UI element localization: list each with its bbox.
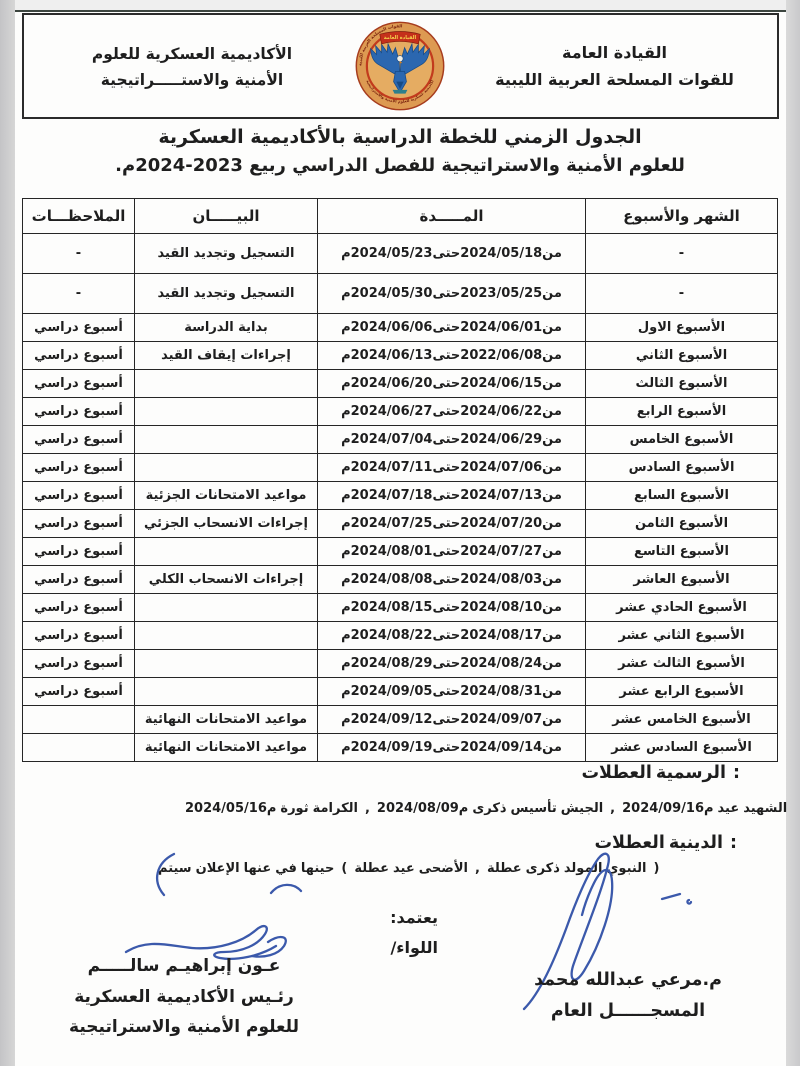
cell-note: أسبوع دراسي xyxy=(23,370,135,398)
text-token: , xyxy=(475,861,480,876)
cell-note: أسبوع دراسي xyxy=(23,426,135,454)
cell-note: أسبوع دراسي xyxy=(23,398,135,426)
cell-week: الأسبوع الثامن xyxy=(586,510,778,538)
schedule-row: الأسبوع الثالث عشرمن2024/08/24حتى2024/08… xyxy=(23,650,778,678)
cell-note: أسبوع دراسي xyxy=(23,538,135,566)
registrar-name: م.مرعي عبدالله محمد xyxy=(528,965,728,996)
cell-week: الأسبوع الثاني عشر xyxy=(586,622,778,650)
cell-note xyxy=(23,706,135,734)
letterhead-left-block: الأكاديمية العسكرية للعلوم الأمنية والاس… xyxy=(58,41,326,94)
schedule-row: الأسبوع الثاني عشرمن2024/08/17حتى2024/08… xyxy=(23,622,778,650)
cell-duration: من2024/09/14حتى2024/09/19م xyxy=(318,734,586,762)
schedule-table: الشهر والأسبوع المـــــدة البيـــــان ال… xyxy=(22,198,778,762)
cell-week: الأسبوع الاول xyxy=(586,314,778,342)
schedule-row: الأسبوع الرابعمن2024/06/22حتى2024/06/27م… xyxy=(23,398,778,426)
schedule-table-body: -من2024/05/18حتى2024/05/23مالتسجيل وتجدي… xyxy=(23,234,778,762)
letterhead-right-line2: للقوات المسلحة العربية الليبية xyxy=(482,66,747,93)
cell-statement: مواعيد الامتحانات النهائية xyxy=(135,734,318,762)
cell-statement: مواعيد الامتحانات النهائية xyxy=(135,706,318,734)
approval-rank: اللواء/ xyxy=(348,933,438,963)
cell-week: الأسبوع الحادي عشر xyxy=(586,594,778,622)
cell-week: - xyxy=(586,274,778,314)
cell-duration: من2024/09/07حتى2024/09/12م xyxy=(318,706,586,734)
text-token: الرسمية xyxy=(656,763,726,783)
text-token: الجيش xyxy=(561,801,603,816)
col-header-statement: البيـــــان xyxy=(135,199,318,234)
approval-word: يعتمد: xyxy=(348,903,438,933)
cell-week: الأسبوع الخامس عشر xyxy=(586,706,778,734)
text-token: 2024/08/09م xyxy=(377,801,468,816)
cell-statement xyxy=(135,650,318,678)
text-token: ذكرى xyxy=(472,801,506,816)
cell-note: أسبوع دراسي xyxy=(23,678,135,706)
official-holidays-heading: العطلاتالرسمية: xyxy=(579,763,745,783)
cell-duration: من2024/07/27حتى2024/08/01م xyxy=(318,538,586,566)
cell-statement: إجراءات إيقاف القيد xyxy=(135,342,318,370)
letterhead-right-line1: القيادة العامة xyxy=(482,39,747,66)
document-page: القيادة العامة للقوات المسلحة العربية ال… xyxy=(0,0,800,1066)
text-token: : xyxy=(733,763,740,783)
letterhead-left-line1: الأكاديمية العسكرية للعلوم xyxy=(58,41,326,67)
cell-week: الأسبوع الخامس xyxy=(586,426,778,454)
text-token: عنها xyxy=(244,861,272,876)
cell-duration: من2023/05/25حتى2024/05/30م xyxy=(318,274,586,314)
text-token: الإعلان xyxy=(196,861,240,876)
cell-note: أسبوع دراسي xyxy=(23,650,135,678)
text-token: عطلة xyxy=(354,861,389,876)
text-token: ( xyxy=(341,861,347,876)
cell-statement xyxy=(135,370,318,398)
text-token: 2024/09/16م xyxy=(622,801,713,816)
schedule-row: الأسبوع الخامس عشرمن2024/09/07حتى2024/09… xyxy=(23,706,778,734)
title-line2: للعلوم الأمنية والاستراتيجية للفصل الدرا… xyxy=(0,152,800,179)
cell-duration: من2024/08/24حتى2024/08/29م xyxy=(318,650,586,678)
text-token: في xyxy=(275,861,297,876)
cell-duration: من2024/06/29حتى2024/07/04م xyxy=(318,426,586,454)
cell-note: أسبوع دراسي xyxy=(23,454,135,482)
cell-statement xyxy=(135,398,318,426)
col-header-note: الملاحظـــات xyxy=(23,199,135,234)
cell-duration: من2022/06/08حتى2024/06/13م xyxy=(318,342,586,370)
cell-note: أسبوع دراسي xyxy=(23,594,135,622)
emblem-banner-text: القيادة العامة xyxy=(384,35,417,41)
cell-week: الأسبوع الرابع xyxy=(586,398,778,426)
photo-top-margin xyxy=(0,0,800,10)
page-top-edge-line xyxy=(0,10,800,12)
cell-week: الأسبوع السابع xyxy=(586,482,778,510)
document-title: الجدول الزمني للخطة الدراسية بالأكاديمية… xyxy=(0,123,800,179)
approval-block: يعتمد: اللواء/ xyxy=(348,903,438,964)
ink-stroke-fragment xyxy=(268,878,304,898)
cell-statement: مواعيد الامتحانات الجزئية xyxy=(135,482,318,510)
schedule-row: الأسبوع الاولمن2024/06/01حتى2024/06/06مب… xyxy=(23,314,778,342)
text-token: , xyxy=(610,801,615,816)
cell-week: الأسبوع الثالث عشر xyxy=(586,650,778,678)
col-header-duration: المـــــدة xyxy=(318,199,586,234)
cell-week: الأسبوع العاشر xyxy=(586,566,778,594)
cell-statement xyxy=(135,678,318,706)
schedule-row: الأسبوع العاشرمن2024/08/03حتى2024/08/08م… xyxy=(23,566,778,594)
schedule-row: الأسبوع الثامنمن2024/07/20حتى2024/07/25م… xyxy=(23,510,778,538)
president-name: عـون إبراهيـم سالـــــم xyxy=(50,951,318,982)
schedule-row: الأسبوع الخامسمن2024/06/29حتى2024/07/04م… xyxy=(23,426,778,454)
president-title-line1: رئـيس الأكاديمية العسكرية xyxy=(50,982,318,1013)
letterhead-left-line2: الأمنية والاستـــــراتيجية xyxy=(58,67,326,93)
schedule-row: الأسبوع السابعمن2024/07/13حتى2024/07/18م… xyxy=(23,482,778,510)
letterhead-right-block: القيادة العامة للقوات المسلحة العربية ال… xyxy=(482,39,747,93)
armed-forces-emblem-icon: القوات المسلحة العربية الليبية أكاديمية … xyxy=(354,19,446,113)
cell-duration: من2024/06/01حتى2024/06/06م xyxy=(318,314,586,342)
cell-statement: إجراءات الانسحاب الجزئي xyxy=(135,510,318,538)
registrar-title: المسجــــــل العام xyxy=(528,996,728,1027)
cell-duration: من2024/06/15حتى2024/06/20م xyxy=(318,370,586,398)
cell-statement: التسجيل وتجديد القيد xyxy=(135,234,318,274)
cell-duration: من2024/08/10حتى2024/08/15م xyxy=(318,594,586,622)
cell-statement xyxy=(135,538,318,566)
cell-week: الأسبوع السادس xyxy=(586,454,778,482)
text-token: , xyxy=(365,801,370,816)
schedule-row: الأسبوع الحادي عشرمن2024/08/10حتى2024/08… xyxy=(23,594,778,622)
schedule-row: -من2023/05/25حتى2024/05/30مالتسجيل وتجدي… xyxy=(23,274,778,314)
cell-week: الأسبوع الرابع عشر xyxy=(586,678,778,706)
schedule-row: الأسبوع الرابع عشرمن2024/08/31حتى2024/09… xyxy=(23,678,778,706)
text-token: : xyxy=(730,833,737,853)
cell-note: - xyxy=(23,274,135,314)
cell-week: - xyxy=(586,234,778,274)
text-token: عيد xyxy=(718,801,740,816)
cell-statement xyxy=(135,454,318,482)
text-token: حينها xyxy=(301,861,334,876)
registrar-block: م.مرعي عبدالله محمد المسجــــــل العام xyxy=(528,965,728,1026)
text-token: الكرامة xyxy=(313,801,358,816)
schedule-row: الأسبوع الثانيمن2022/06/08حتى2024/06/13م… xyxy=(23,342,778,370)
cell-duration: من2024/08/31حتى2024/09/05م xyxy=(318,678,586,706)
cell-duration: من2024/08/03حتى2024/08/08م xyxy=(318,566,586,594)
text-token: تأسيس xyxy=(511,801,557,816)
text-token: الأضحى xyxy=(419,861,468,876)
text-token: 2024/05/16م xyxy=(185,801,276,816)
cell-duration: من2024/07/06حتى2024/07/11م xyxy=(318,454,586,482)
cell-statement xyxy=(135,594,318,622)
cell-note: أسبوع دراسي xyxy=(23,314,135,342)
cell-week: الأسبوع الثاني xyxy=(586,342,778,370)
schedule-row: الأسبوع السادس عشرمن2024/09/14حتى2024/09… xyxy=(23,734,778,762)
title-line1: الجدول الزمني للخطة الدراسية بالأكاديمية… xyxy=(0,123,800,152)
cell-note: أسبوع دراسي xyxy=(23,342,135,370)
text-token: عيد xyxy=(393,861,415,876)
schedule-row: الأسبوع الثالثمن2024/06/15حتى2024/06/20م… xyxy=(23,370,778,398)
cell-week: الأسبوع التاسع xyxy=(586,538,778,566)
cell-note: أسبوع دراسي xyxy=(23,566,135,594)
cell-duration: من2024/07/20حتى2024/07/25م xyxy=(318,510,586,538)
cell-statement: إجراءات الانسحاب الكلي xyxy=(135,566,318,594)
cell-note: أسبوع دراسي xyxy=(23,510,135,538)
cell-statement xyxy=(135,622,318,650)
cell-week: الأسبوع السادس عشر xyxy=(586,734,778,762)
schedule-row: -من2024/05/18حتى2024/05/23مالتسجيل وتجدي… xyxy=(23,234,778,274)
cell-note xyxy=(23,734,135,762)
ink-stroke-over-text xyxy=(146,851,182,897)
schedule-row: الأسبوع التاسعمن2024/07/27حتى2024/08/01م… xyxy=(23,538,778,566)
president-title-line2: للعلوم الأمنية والاستراتيجية xyxy=(50,1012,318,1043)
cell-note: أسبوع دراسي xyxy=(23,482,135,510)
official-holidays-line: 2024/05/16مثورةالكرامة,2024/08/09مذكرىتأ… xyxy=(183,801,789,816)
text-token: الشهيد xyxy=(743,801,787,816)
table-header-row: الشهر والأسبوع المـــــدة البيـــــان ال… xyxy=(23,199,778,234)
text-token: ثورة xyxy=(280,801,308,816)
schedule-row: الأسبوع السادسمن2024/07/06حتى2024/07/11م… xyxy=(23,454,778,482)
cell-note: - xyxy=(23,234,135,274)
cell-statement: بداية الدراسة xyxy=(135,314,318,342)
cell-duration: من2024/07/13حتى2024/07/18م xyxy=(318,482,586,510)
cell-note: أسبوع دراسي xyxy=(23,622,135,650)
cell-duration: من2024/08/17حتى2024/08/22م xyxy=(318,622,586,650)
cell-statement xyxy=(135,426,318,454)
cell-statement: التسجيل وتجديد القيد xyxy=(135,274,318,314)
cell-duration: من2024/06/22حتى2024/06/27م xyxy=(318,398,586,426)
cell-week: الأسبوع الثالث xyxy=(586,370,778,398)
president-block: عـون إبراهيـم سالـــــم رئـيس الأكاديمية… xyxy=(50,951,318,1043)
cell-duration: من2024/05/18حتى2024/05/23م xyxy=(318,234,586,274)
text-token: العطلات xyxy=(581,763,651,783)
col-header-week: الشهر والأسبوع xyxy=(586,199,778,234)
